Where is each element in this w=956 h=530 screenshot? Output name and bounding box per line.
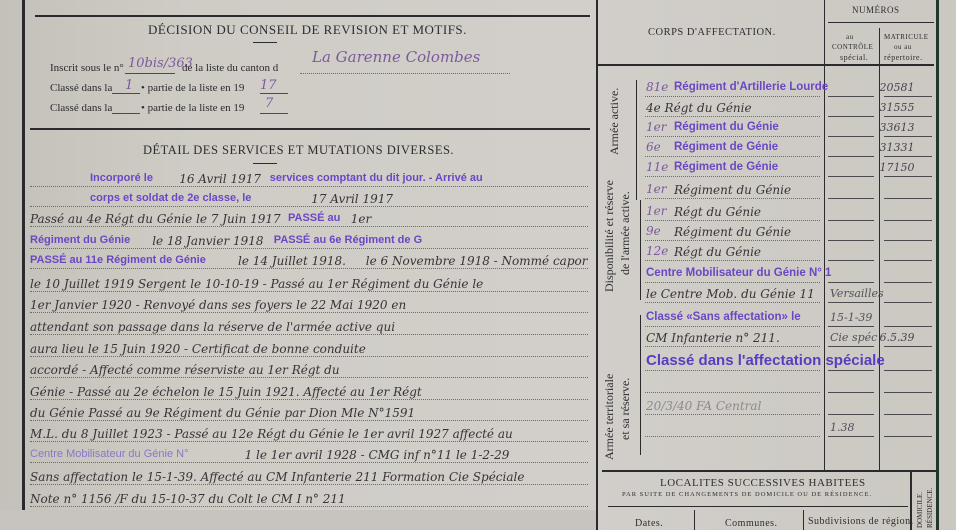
controle-rule — [828, 260, 874, 261]
classe2-field — [112, 113, 140, 114]
service-line: Incorporé le16 Avril 1917services compta… — [30, 170, 588, 190]
matricule-rule — [884, 220, 932, 221]
col-matricule-3: répertoire. — [884, 53, 923, 62]
classe1-field — [112, 93, 140, 94]
annee1-value: 17 — [260, 78, 277, 93]
matricule-rule — [884, 370, 932, 371]
matricule-rule — [884, 436, 932, 437]
section-active-label: Armée active. — [607, 88, 622, 155]
dotted-rule — [30, 186, 588, 187]
corps-row-rule — [645, 198, 820, 199]
corps-row-rule — [645, 436, 820, 437]
corps-header-rule — [598, 64, 934, 66]
service-line: Génie - Passé au 2e échelon le 15 Juin 1… — [30, 383, 588, 403]
controle-rule — [828, 136, 874, 137]
section-brace-2 — [640, 200, 641, 300]
col-matricule-2: ou au — [894, 43, 912, 51]
corps-row-text: Classé «Sans affectation» le — [646, 311, 801, 323]
classe1-value: 1 — [125, 78, 133, 93]
dotted-rule — [30, 462, 588, 463]
corps-row-prefix: 9e — [646, 224, 661, 238]
section-brace-3 — [640, 315, 641, 455]
corps-row-rule — [645, 176, 820, 177]
matricule-value: 6.5.39 — [862, 331, 932, 344]
handwritten-text: du Génie Passé au 9e Régiment du Génie p… — [30, 406, 415, 420]
corps-row-rule — [645, 156, 820, 157]
controle-value: 15-1-39 — [830, 311, 872, 324]
stamped-text: corps et soldat de 2e classe, le — [90, 192, 251, 204]
corps-row-text: Régiment du Génie — [674, 225, 791, 239]
controle-rule — [828, 392, 874, 393]
canton-label: de la liste du canton d — [182, 62, 278, 74]
stamped-text: Régiment du Génie — [30, 234, 130, 246]
corps-row-rule — [645, 96, 820, 97]
dotted-rule — [30, 248, 588, 249]
handwritten-text: Génie - Passé au 2e échelon le 15 Juin 1… — [30, 385, 422, 399]
matricule-rule — [884, 156, 932, 157]
dotted-rule — [30, 206, 588, 207]
service-line: Centre Mobilisateur du Génie N°1 le 1er … — [30, 446, 588, 466]
corps-row-prefix: 11e — [646, 160, 668, 174]
stamped-text: Incorporé le — [90, 172, 153, 184]
matricule-rule — [884, 96, 932, 97]
controle-rule — [828, 302, 874, 303]
annee2-field — [260, 113, 288, 114]
partie1-label: • partie de la liste en 19 — [141, 82, 244, 94]
inscrit-label: Inscrit sous le n° — [50, 62, 124, 74]
controle-rule — [828, 346, 874, 347]
corps-row-rule — [645, 302, 820, 303]
inscrit-field — [125, 73, 175, 74]
handwritten-text: Passé au 4e Régt du Génie le 7 Juin 1917 — [30, 212, 281, 226]
numeros-inner-divider — [879, 28, 880, 470]
service-line: accordé - Affecté comme réserviste au 1e… — [30, 361, 588, 381]
classe2-label: Classé dans la — [50, 102, 112, 114]
service-line: Sans affectation le 15-1-39. Affecté au … — [30, 468, 588, 488]
matricule-value: 33613 — [862, 121, 932, 134]
section-brace-1 — [636, 80, 637, 200]
handwritten-text: 16 Avril 1917 — [179, 172, 261, 186]
corps-row-text: Régt du Génie — [674, 205, 761, 219]
stamped-text: PASSÉ au 11e Régiment de Génie — [30, 254, 206, 266]
matricule-rule — [884, 198, 932, 199]
stamped-text: services comptant du dit jour. - Arrivé … — [270, 172, 483, 184]
stamped-text: Centre Mobilisateur du Génie N° — [30, 448, 188, 460]
controle-rule — [828, 116, 874, 117]
partie2-label: • partie de la liste en 19 — [141, 102, 244, 114]
col-matricule-1: MATRICULE — [884, 33, 929, 41]
corps-row-rule — [645, 346, 820, 347]
dotted-rule — [30, 399, 588, 400]
matricule-rule — [884, 326, 932, 327]
matricule-value: 17150 — [862, 161, 932, 174]
center-divider — [596, 0, 598, 530]
localites-col-divider-1 — [694, 510, 695, 530]
matricule-value: 20581 — [862, 81, 932, 94]
corps-row-text: Régt du Génie — [674, 245, 761, 259]
controle-value: Versailles — [830, 287, 884, 300]
handwritten-text: M.L. du 8 Juillet 1923 - Passé au 12e Ré… — [30, 427, 513, 441]
corps-row-text: Régiment du Génie — [674, 183, 791, 197]
corps-row-text: Centre Mobilisateur du Génie N° 1 — [646, 267, 831, 279]
service-line: du Génie Passé au 9e Régiment du Génie p… — [30, 404, 588, 424]
stamped-text: PASSÉ au — [288, 212, 340, 224]
corps-row-prefix: 12e — [646, 244, 668, 258]
section-territoriale-label-2: et sa réserve. — [618, 378, 633, 440]
handwritten-text: attendant son passage dans la réserve de… — [30, 320, 395, 334]
matricule-rule — [884, 282, 932, 283]
controle-rule — [828, 370, 874, 371]
handwritten-text: 1 le 1er avril 1928 - CMG inf n°11 le 1-… — [245, 448, 510, 462]
col-controle-1: au — [846, 33, 854, 41]
handwritten-text: le 6 Novembre 1918 - Nommé caporal — [366, 254, 588, 268]
handwritten-text: le 14 Juillet 1918. — [238, 254, 346, 268]
corps-row-prefix: 1er — [646, 120, 666, 134]
decision-title-ornament — [253, 42, 277, 43]
corps-row-rule — [645, 370, 820, 371]
localites-side-domicile: DOMICILE. — [916, 492, 924, 528]
decision-bottom-rule — [30, 128, 590, 130]
corps-row-text: Classé dans l'affectation spéciale — [646, 352, 885, 369]
numeros-ornament — [828, 22, 934, 23]
handwritten-text: Note n° 1156 /F du 15-10-37 du Colt le C… — [30, 492, 346, 506]
corps-header: CORPS D'AFFECTATION. — [648, 27, 776, 38]
matricule-rule — [884, 176, 932, 177]
controle-rule — [828, 240, 874, 241]
matricule-value: 31555 — [862, 101, 932, 114]
corps-row-text: Régiment de Génie — [674, 161, 778, 173]
service-line: PASSÉ au 11e Régiment de Géniele 14 Juil… — [30, 252, 588, 272]
service-line: 1er Janvier 1920 - Renvoyé dans ses foye… — [30, 296, 588, 316]
corps-row-rule — [645, 220, 820, 221]
corps-row-prefix: 6e — [646, 140, 661, 154]
handwritten-text: 17 Avril 1917 — [311, 192, 393, 206]
left-border — [22, 0, 25, 512]
localites-col-dates: Dates. — [635, 518, 663, 529]
service-line: Régiment du Géniele 18 Janvier 1918PASSÉ… — [30, 232, 588, 252]
service-line: aura lieu le 15 Juin 1920 - Certificat d… — [30, 340, 588, 360]
canton-value: La Garenne Colombes — [312, 48, 480, 66]
corps-row-text: le Centre Mob. du Génie 11 — [646, 287, 815, 301]
dotted-rule — [30, 226, 588, 227]
service-line: le 10 Juillet 1919 Sergent le 10-10-19 -… — [30, 275, 588, 295]
corps-row-text: Régiment d'Artillerie Lourde — [674, 81, 828, 93]
section-dispo-label-2: de l'armée active. — [618, 191, 633, 275]
corps-row-rule — [645, 260, 820, 261]
canton-field — [300, 73, 510, 74]
controle-rule — [828, 156, 874, 157]
handwritten-text: accordé - Affecté comme réserviste au 1e… — [30, 363, 340, 377]
annee1-field — [260, 93, 288, 94]
right-border — [936, 0, 939, 530]
numeros-header: NUMÉROS — [852, 5, 900, 15]
matricule-value: 31331 — [862, 141, 932, 154]
controle-rule — [828, 436, 874, 437]
services-title: DÉTAIL DES SERVICES ET MUTATIONS DIVERSE… — [143, 143, 454, 158]
corps-row-rule — [645, 282, 820, 283]
controle-rule — [828, 198, 874, 199]
dotted-rule — [30, 268, 588, 269]
corps-row-rule — [645, 392, 820, 393]
corps-row-rule — [645, 116, 820, 117]
localites-ornament — [608, 506, 908, 507]
registre-matricule-page: DÉCISION DU CONSEIL DE REVISION ET MOTIF… — [0, 0, 956, 530]
service-line: Note n° 1156 /F du 15-10-37 du Colt le C… — [30, 490, 588, 510]
service-line: attendant son passage dans la réserve de… — [30, 318, 588, 338]
matricule-rule — [884, 392, 932, 393]
matricule-rule — [884, 240, 932, 241]
handwritten-text: 1er — [351, 212, 371, 226]
handwritten-text: le 18 Janvier 1918 — [152, 234, 263, 248]
numeros-divider — [824, 0, 825, 470]
handwritten-text: 1er Janvier 1920 - Renvoyé dans ses foye… — [30, 298, 406, 312]
matricule-rule — [884, 116, 932, 117]
dotted-rule — [30, 312, 588, 313]
handwritten-text: aura lieu le 15 Juin 1920 - Certificat d… — [30, 342, 366, 356]
bottom-edge — [0, 510, 596, 530]
dotted-rule — [30, 484, 588, 485]
decision-top-rule — [35, 15, 590, 17]
corps-row-rule — [645, 414, 820, 415]
matricule-rule — [884, 302, 932, 303]
corps-row-rule — [645, 326, 820, 327]
col-controle-2: CONTRÔLE — [832, 43, 873, 51]
section-dispo-label-1: Disponibilité et réserve — [602, 180, 617, 292]
controle-value: 1.38 — [830, 421, 855, 434]
corps-row-text: Régiment de Génie — [674, 141, 778, 153]
decision-title: DÉCISION DU CONSEIL DE REVISION ET MOTIF… — [148, 22, 467, 38]
localites-subtitle: PAR SUITE DE CHANGEMENTS DE DOMICILE OU … — [622, 491, 872, 498]
localites-side-residence: RÉSIDENCE. — [926, 488, 934, 528]
localites-col-communes: Communes. — [725, 518, 778, 529]
controle-rule — [828, 282, 874, 283]
services-title-ornament — [253, 163, 277, 164]
service-line: corps et soldat de 2e classe, le17 Avril… — [30, 190, 588, 210]
matricule-rule — [884, 260, 932, 261]
controle-rule — [828, 176, 874, 177]
localites-col-subdivisions: Subdivisions de région. — [808, 516, 914, 527]
corps-row-prefix: 1er — [646, 182, 666, 196]
dotted-rule — [30, 441, 588, 442]
corps-row-rule — [645, 136, 820, 137]
corps-row-rule — [645, 240, 820, 241]
service-line: M.L. du 8 Juillet 1923 - Passé au 12e Ré… — [30, 425, 588, 445]
dotted-rule — [30, 506, 588, 507]
corps-row-prefix: 1er — [646, 204, 666, 218]
matricule-rule — [884, 136, 932, 137]
classe1-label: Classé dans la — [50, 82, 112, 94]
localites-title: LOCALITES SUCCESSIVES HABITEES — [660, 477, 866, 489]
service-line: Passé au 4e Régt du Génie le 7 Juin 1917… — [30, 210, 588, 230]
annee2-value: 7 — [265, 96, 273, 111]
dotted-rule — [30, 356, 588, 357]
section-territoriale-label-1: Armée territoriale — [602, 374, 617, 460]
corps-row-text: Régiment du Génie — [674, 121, 779, 133]
controle-rule — [828, 96, 874, 97]
localites-col-divider-2 — [803, 510, 804, 530]
controle-rule — [828, 220, 874, 221]
corps-row-text: 4e Régt du Génie — [646, 101, 752, 115]
matricule-rule — [884, 414, 932, 415]
dotted-rule — [30, 420, 588, 421]
matricule-rule — [884, 346, 932, 347]
controle-rule — [828, 414, 874, 415]
stamped-text: PASSÉ au 6e Régiment de G — [274, 234, 422, 246]
corps-row-text: CM Infanterie n° 211. — [646, 331, 780, 345]
col-controle-3: spécial. — [840, 53, 868, 62]
corps-row-prefix: 81e — [646, 80, 668, 94]
dotted-rule — [30, 291, 588, 292]
localites-top-rule — [602, 470, 936, 472]
controle-rule — [828, 326, 874, 327]
handwritten-text: Sans affectation le 15-1-39. Affecté au … — [30, 470, 524, 484]
dotted-rule — [30, 334, 588, 335]
dotted-rule — [30, 377, 588, 378]
handwritten-text: le 10 Juillet 1919 Sergent le 10-10-19 -… — [30, 277, 483, 291]
corps-row-text: 20/3/40 FA Central — [646, 399, 761, 413]
